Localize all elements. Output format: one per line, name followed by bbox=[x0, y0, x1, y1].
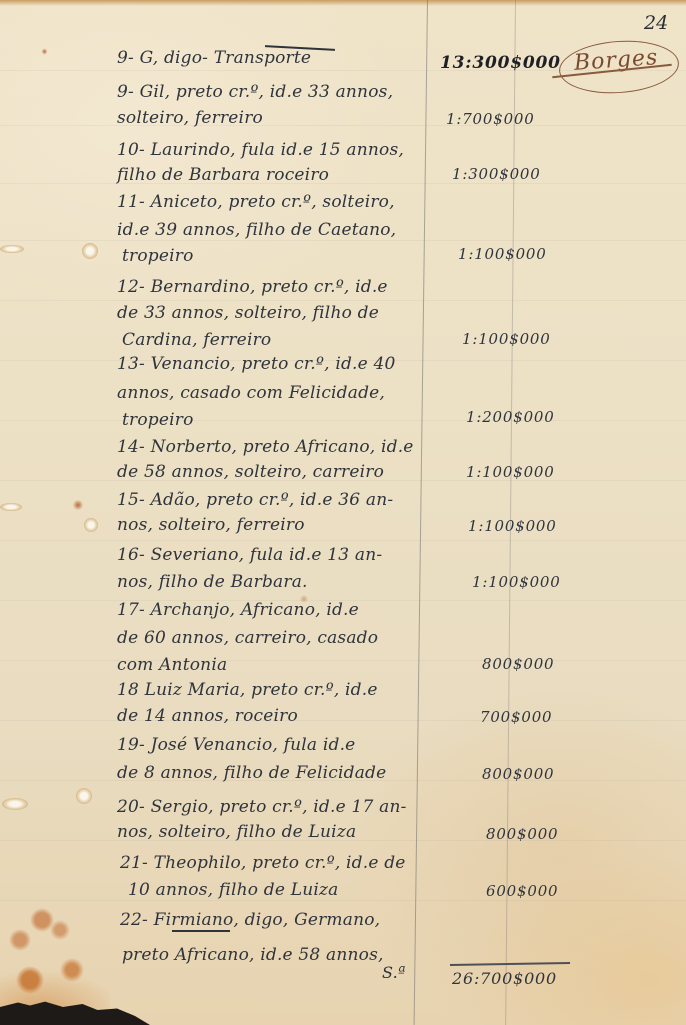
ink-spot bbox=[300, 595, 308, 603]
ink-spot bbox=[73, 500, 83, 510]
entry-line: tropeiro bbox=[122, 410, 194, 430]
column-rule-right bbox=[505, 0, 516, 1025]
entry-amount: 1:200$000 bbox=[466, 408, 555, 426]
entry-line: 22- Firmiano, digo, Germano, bbox=[120, 910, 380, 930]
entry-line: 21- Theophilo, preto cr.º, id.e de bbox=[120, 853, 406, 873]
entry-amount: 1:100$000 bbox=[472, 573, 561, 591]
binding-hole bbox=[82, 243, 98, 259]
binding-hole bbox=[84, 518, 98, 532]
entry-line: 11- Aniceto, preto cr.º, solteiro, bbox=[117, 192, 395, 212]
carried-forward-amount: 13:300$000 bbox=[440, 53, 561, 73]
entry-amount: 1:100$000 bbox=[466, 463, 555, 481]
entry-line: 17- Archanjo, Africano, id.e bbox=[117, 600, 359, 620]
entry-line: 12- Bernardino, preto cr.º, id.e bbox=[117, 277, 388, 297]
ruling-line bbox=[0, 240, 686, 241]
entry-line: Cardina, ferreiro bbox=[122, 330, 271, 350]
entry-line: de 8 annos, filho de Felicidade bbox=[117, 763, 386, 783]
subtotal-amount: 26:700$000 bbox=[452, 969, 557, 988]
entry-line: filho de Barbara roceiro bbox=[117, 165, 329, 185]
entry-line: 10- Laurindo, fula id.e 15 annos, bbox=[117, 140, 404, 160]
ruling-line bbox=[0, 660, 686, 661]
ink-spot bbox=[42, 48, 47, 55]
entry-line: 14- Norberto, preto Africano, id.e bbox=[117, 437, 414, 457]
subtotal-rule bbox=[450, 962, 570, 966]
ruling-line bbox=[0, 125, 686, 126]
entry-amount: 1:100$000 bbox=[458, 245, 547, 263]
binding-hole bbox=[2, 798, 28, 810]
entry-amount: 700$000 bbox=[480, 708, 552, 726]
entry-line: de 58 annos, solteiro, carreiro bbox=[117, 462, 384, 482]
entry-line: 9- Gil, preto cr.º, id.e 33 annos, bbox=[117, 82, 393, 102]
entry-line: nos, filho de Barbara. bbox=[117, 572, 308, 592]
binding-hole bbox=[0, 503, 22, 511]
entry-line: nos, solteiro, ferreiro bbox=[117, 515, 305, 535]
entry-line: annos, casado com Felicidade, bbox=[117, 383, 385, 403]
entry-line: de 33 annos, solteiro, filho de bbox=[117, 303, 379, 323]
ruling-line bbox=[0, 183, 686, 184]
ruling-line bbox=[0, 720, 686, 721]
entry-amount: 1:300$000 bbox=[452, 165, 541, 183]
strikethrough-underline bbox=[172, 930, 230, 932]
entry-line: 19- José Venancio, fula id.e bbox=[117, 735, 355, 755]
ruling-line bbox=[0, 300, 686, 301]
entry-line: 16- Severiano, fula id.e 13 an- bbox=[117, 545, 382, 565]
entry-line: 20- Sergio, preto cr.º, id.e 17 an- bbox=[117, 797, 407, 817]
binding-hole bbox=[0, 245, 24, 253]
entry-line: 15- Adão, preto cr.º, id.e 36 an- bbox=[117, 490, 393, 510]
entry-amount: 1:100$000 bbox=[462, 330, 551, 348]
entry-line: nos, solteiro, filho de Luiza bbox=[117, 822, 356, 842]
entry-line: com Antonia bbox=[117, 655, 227, 675]
entry-amount: 800$000 bbox=[482, 765, 554, 783]
entry-line: tropeiro bbox=[122, 246, 194, 266]
carried-forward-label: 9- G, digo- Transporte bbox=[117, 48, 311, 68]
entry-line: solteiro, ferreiro bbox=[117, 108, 263, 128]
entry-line: de 60 annos, carreiro, casado bbox=[117, 628, 378, 648]
page-top-edge bbox=[0, 0, 686, 6]
entry-line: 13- Venancio, preto cr.º, id.e 40 bbox=[117, 354, 396, 374]
burn-stain bbox=[0, 860, 110, 1025]
page-number: 24 bbox=[644, 12, 668, 34]
ledger-page: 24 Borges 9- G, digo- Transporte 13:300$… bbox=[0, 0, 686, 1025]
entry-amount: 800$000 bbox=[486, 825, 558, 843]
column-rule-left bbox=[414, 0, 428, 1025]
entry-line: 10 annos, filho de Luiza bbox=[128, 880, 339, 900]
ruling-line bbox=[0, 540, 686, 541]
entry-line: preto Africano, id.e 58 annos, bbox=[122, 945, 384, 965]
entry-line: id.e 39 annos, filho de Caetano, bbox=[117, 220, 396, 240]
entry-line: de 14 annos, roceiro bbox=[117, 706, 298, 726]
ruling-line bbox=[0, 420, 686, 421]
entry-amount: 1:700$000 bbox=[446, 110, 535, 128]
subtotal-label: S.ª bbox=[382, 963, 406, 982]
entry-amount: 600$000 bbox=[486, 882, 558, 900]
entry-amount: 800$000 bbox=[482, 655, 554, 673]
entry-amount: 1:100$000 bbox=[468, 517, 557, 535]
binding-hole bbox=[76, 788, 92, 804]
entry-line: 18 Luiz Maria, preto cr.º, id.e bbox=[117, 680, 378, 700]
